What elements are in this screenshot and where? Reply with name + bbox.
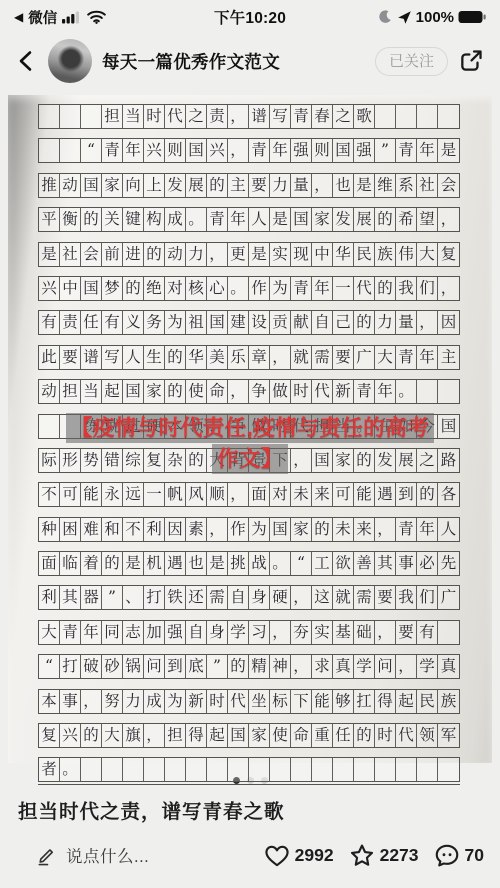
essay-cell: 时 <box>291 380 312 403</box>
essay-cell: 作 <box>228 518 249 541</box>
essay-cell: 是 <box>123 552 144 575</box>
essay-cell: 是 <box>354 174 375 197</box>
essay-cell: ， <box>438 277 459 300</box>
essay-cell: 求 <box>312 655 333 678</box>
essay-cell: 因 <box>438 311 459 334</box>
essay-cell: 则 <box>312 139 333 162</box>
essay-cell: 则 <box>165 139 186 162</box>
essay-cell: 梦 <box>102 277 123 300</box>
essay-cell: 大 <box>375 346 396 369</box>
essay-cell: 大 <box>102 724 123 747</box>
essay-cell: 务 <box>144 311 165 334</box>
essay-cell: 的 <box>81 724 102 747</box>
essay-cell: 下 <box>291 690 312 713</box>
essay-cell: 加 <box>144 621 165 644</box>
essay-cell: 军 <box>438 724 459 747</box>
essay-cell: 的 <box>312 518 333 541</box>
essay-cell: 美 <box>207 346 228 369</box>
essay-cell: 铁 <box>165 586 186 609</box>
essay-cell: 希 <box>396 208 417 231</box>
essay-cell: ， <box>228 380 249 403</box>
essay-cell: 代 <box>354 277 375 300</box>
essay-cell: 利 <box>39 586 60 609</box>
essay-cell: 的 <box>375 208 396 231</box>
follow-button[interactable]: 已关注 <box>375 47 448 76</box>
essay-cell: “ <box>291 552 312 575</box>
header: 每天一篇优秀作文范文 已关注 <box>0 32 500 90</box>
essay-cell: 广 <box>354 346 375 369</box>
essay-cell: 自 <box>312 311 333 334</box>
caption-line-wrap: 【疫情与时代责任,疫情与责任的高考作文】 <box>59 413 441 475</box>
essay-cell: 的 <box>123 277 144 300</box>
essay-cell: 的 <box>354 724 375 747</box>
essay-row: 本事，努力成为新时代坐标下能够扛得起民族 <box>38 689 460 714</box>
essay-cell: 成 <box>144 690 165 713</box>
essay-cell: 前 <box>102 243 123 266</box>
essay-cell: 家 <box>312 208 333 231</box>
essay-cell: “ <box>39 655 60 678</box>
essay-cell: 献 <box>291 311 312 334</box>
clock: 下午10:20 <box>214 6 286 28</box>
post-title: 担当时代之责，谱写青春之歌 <box>0 787 500 824</box>
essay-cell: 们 <box>417 277 438 300</box>
essay-cell: 展 <box>186 174 207 197</box>
essay-cell: 为 <box>165 311 186 334</box>
essay-cell: 事 <box>396 552 417 575</box>
essay-cell: 心 <box>207 277 228 300</box>
essay-cell: 问 <box>375 655 396 678</box>
essay-cell: 是 <box>207 552 228 575</box>
essay-cell: 就 <box>333 586 354 609</box>
essay-cell: 也 <box>186 552 207 575</box>
essay-cell: ， <box>144 724 165 747</box>
essay-cell: 担 <box>102 105 123 128</box>
essay-cell: 。 <box>396 380 417 403</box>
essay-cell: 力 <box>270 174 291 197</box>
essay-cell <box>438 621 459 644</box>
essay-cell: 国 <box>207 311 228 334</box>
essay-cell <box>396 758 417 781</box>
essay-cell: 代 <box>228 690 249 713</box>
essay-cell: 担 <box>60 380 81 403</box>
essay-cell: 键 <box>123 208 144 231</box>
essay-cell: 工 <box>312 552 333 575</box>
comment-input[interactable]: 说点什么... <box>36 843 249 867</box>
essay-cell: 真 <box>438 655 459 678</box>
essay-cell: ” <box>207 655 228 678</box>
essay-cell: ， <box>228 105 249 128</box>
essay-cell: 力 <box>186 243 207 266</box>
essay-cell: 要 <box>375 586 396 609</box>
comment-bubble-icon <box>433 842 461 869</box>
essay-cell: 对 <box>270 483 291 506</box>
essay-cell <box>438 758 459 781</box>
essay-cell <box>396 105 417 128</box>
essay-cell <box>354 758 375 781</box>
essay-cell: 动 <box>165 243 186 266</box>
essay-cell: 有 <box>102 311 123 334</box>
essay-cell: 遇 <box>165 552 186 575</box>
essay-cell: “ <box>81 139 102 162</box>
essay-cell: 时 <box>144 105 165 128</box>
essay-cell: 使 <box>186 380 207 403</box>
essay-cell <box>81 105 102 128</box>
essay-cell: 重 <box>312 724 333 747</box>
back-button[interactable] <box>16 50 38 72</box>
essay-cell: 努 <box>102 690 123 713</box>
essay-cell: 着 <box>81 552 102 575</box>
essay-cell: 年 <box>312 277 333 300</box>
essay-cell: 兴 <box>60 724 81 747</box>
essay-cell: 扛 <box>354 690 375 713</box>
essay-cell <box>312 758 333 781</box>
essay-cell: 帆 <box>165 483 186 506</box>
essay-cell: ， <box>207 518 228 541</box>
essay-cell: 争 <box>249 380 270 403</box>
essay-cell: 代 <box>312 380 333 403</box>
essay-cell: 者 <box>39 758 60 781</box>
essay-row: 兴中国梦的绝对核心。作为青年一代的我们， <box>38 276 460 301</box>
essay-cell: 义 <box>123 311 144 334</box>
heart-icon <box>263 842 291 869</box>
essay-cell <box>270 758 291 781</box>
essay-cell: 构 <box>144 208 165 231</box>
essay-cell: ， <box>207 243 228 266</box>
essay-cell: 欲 <box>333 552 354 575</box>
essay-cell: 一 <box>144 483 165 506</box>
essay-cell: 不 <box>123 518 144 541</box>
action-bar: 说点什么... 2992 2273 70 <box>0 830 500 888</box>
essay-row: 不可能永远一帆风顺，面对未来可能遇到的各 <box>38 482 460 507</box>
essay-cell <box>438 105 459 128</box>
essay-cell: 族 <box>375 243 396 266</box>
essay-cell: 。 <box>270 552 291 575</box>
essay-cell: 事 <box>60 690 81 713</box>
essay-cell <box>333 758 354 781</box>
essay-cell: 量 <box>291 174 312 197</box>
essay-cell <box>291 758 312 781</box>
wifi-icon <box>87 10 106 24</box>
essay-cell: 春 <box>312 105 333 128</box>
essay-row: 推动国家向上发展的主要力量，也是维系社会 <box>38 173 460 198</box>
status-right: 100% <box>286 9 486 26</box>
essay-cell: 够 <box>333 690 354 713</box>
essay-cell: 年 <box>123 139 144 162</box>
essay-cell: 锅 <box>123 655 144 678</box>
essay-cell: 是 <box>249 243 270 266</box>
essay-cell: ， <box>375 621 396 644</box>
essay-cell: 国 <box>291 208 312 231</box>
essay-cell <box>417 380 438 403</box>
essay-cell: 主 <box>228 174 249 197</box>
essay-cell: 责 <box>60 311 81 334</box>
essay-cell: 进 <box>123 243 144 266</box>
essay-cell: 动 <box>60 174 81 197</box>
essay-cell: 责 <box>207 105 228 128</box>
share-button[interactable] <box>458 48 484 74</box>
essay-cell: 的 <box>354 311 375 334</box>
essay-cell: 战 <box>249 552 270 575</box>
essay-cell <box>186 758 207 781</box>
essay-cell: 器 <box>81 586 102 609</box>
essay-cell: 的 <box>165 380 186 403</box>
essay-cell: 关 <box>102 208 123 231</box>
essay-cell: 需 <box>207 586 228 609</box>
essay-row: 利其器”、打铁还需自身硬，这就需要我们广 <box>38 585 460 610</box>
like-count: 2992 <box>295 845 334 866</box>
essay-cell: 。 <box>186 208 207 231</box>
essay-cell: 国 <box>333 139 354 162</box>
essay-cell <box>375 105 396 128</box>
essay-cell: 任 <box>81 311 102 334</box>
essay-cell: 学 <box>228 621 249 644</box>
essay-cell: 人 <box>249 208 270 231</box>
essay-cell: 展 <box>354 208 375 231</box>
essay-cell: 到 <box>165 655 186 678</box>
essay-row: 有责任有义务为祖国建设贡献自己的力量，因 <box>38 310 460 335</box>
essay-row: 此要谱写人生的华美乐章，就需要广大青年主 <box>38 345 460 370</box>
essay-cell: 问 <box>144 655 165 678</box>
essay-cell: 来 <box>312 483 333 506</box>
essay-cell: 和 <box>102 518 123 541</box>
essay-cell: ， <box>270 346 291 369</box>
essay-cell: 当 <box>81 380 102 403</box>
essay-cell: 国 <box>81 277 102 300</box>
essay-cell: 的 <box>165 346 186 369</box>
essay-cell: 有 <box>417 621 438 644</box>
essay-cell: 家 <box>249 724 270 747</box>
essay-cell: 青 <box>291 105 312 128</box>
essay-cell: ， <box>270 621 291 644</box>
essay-cell: 成 <box>165 208 186 231</box>
essay-cell: 年 <box>375 380 396 403</box>
essay-cell: 临 <box>60 552 81 575</box>
comment-count: 70 <box>465 845 484 866</box>
essay-cell: 兴 <box>39 277 60 300</box>
essay-cell: 能 <box>354 483 375 506</box>
essay-cell: 年 <box>417 139 438 162</box>
essay-cell: 能 <box>312 690 333 713</box>
like-button[interactable]: 2992 <box>263 842 334 869</box>
battery-icon <box>458 10 486 24</box>
essay-row: 平衡的关键构成。青年人是国家发展的希望， <box>38 207 460 232</box>
caption-overlay: 【疫情与时代责任,疫情与责任的高考作文】 <box>8 413 492 475</box>
status-bar: ◀ 微信 下午10:20 100% <box>0 0 500 32</box>
essay-cell: 年 <box>228 208 249 231</box>
essay-cell: 到 <box>396 483 417 506</box>
moon-icon <box>377 9 393 25</box>
essay-cell: 年 <box>417 518 438 541</box>
essay-cell: 善 <box>354 552 375 575</box>
essay-cell: 基 <box>333 621 354 644</box>
essay-cell: 起 <box>102 380 123 403</box>
essay-cell: ， <box>438 208 459 231</box>
comment-placeholder: 说点什么... <box>66 843 149 867</box>
essay-cell: 兴 <box>144 139 165 162</box>
avatar[interactable] <box>48 39 92 83</box>
essay-cell: 强 <box>165 621 186 644</box>
essay-cell: 的 <box>228 655 249 678</box>
essay-cell: 自 <box>186 621 207 644</box>
essay-cell: 维 <box>375 174 396 197</box>
essay-cell: 还 <box>186 586 207 609</box>
essay-cell: 因 <box>165 518 186 541</box>
comment-button[interactable]: 70 <box>433 842 484 869</box>
essay-cell: 的 <box>102 552 123 575</box>
essay-cell: 础 <box>354 621 375 644</box>
collect-count: 2273 <box>380 845 419 866</box>
essay-cell: 自 <box>228 586 249 609</box>
essay-cell: 现 <box>291 243 312 266</box>
essay-cell: 同 <box>102 621 123 644</box>
essay-cell: 。 <box>228 277 249 300</box>
essay-cell: 贡 <box>270 311 291 334</box>
essay-cell: 身 <box>249 586 270 609</box>
essay-cell: 得 <box>375 690 396 713</box>
essay-cell: 可 <box>60 483 81 506</box>
essay-cell: ” <box>102 586 123 609</box>
essay-cell: 广 <box>438 586 459 609</box>
essay-cell: 硬 <box>270 586 291 609</box>
essay-cell <box>375 758 396 781</box>
essay-cell: 时 <box>375 724 396 747</box>
essay-cell: 国 <box>186 139 207 162</box>
essay-cell: 习 <box>249 621 270 644</box>
essay-cell: 更 <box>228 243 249 266</box>
essay-cell: 祖 <box>186 311 207 334</box>
essay-cell: 难 <box>81 518 102 541</box>
carrier-label: 微信 <box>28 7 57 28</box>
essay-cell <box>438 380 459 403</box>
essay-cell: 起 <box>396 690 417 713</box>
essay-row: 动担当起国家的使命，争做时代新青年。 <box>38 379 460 404</box>
essay-row: 大青年同志加强自身学习，夯实基础，要有 <box>38 620 460 645</box>
essay-cell: 精 <box>249 655 270 678</box>
essay-cell: ， <box>417 311 438 334</box>
chevron-left-icon <box>16 50 36 72</box>
collect-button[interactable]: 2273 <box>348 842 419 869</box>
essay-cell: 永 <box>102 483 123 506</box>
essay-cell: 中 <box>312 243 333 266</box>
essay-cell: 必 <box>417 552 438 575</box>
essay-cell: 学 <box>354 655 375 678</box>
essay-cell: 是 <box>39 243 60 266</box>
essay-cell <box>39 139 60 162</box>
essay-cell: 发 <box>165 174 186 197</box>
account-name[interactable]: 每天一篇优秀作文范文 <box>102 49 280 74</box>
essay-cell: 的 <box>417 483 438 506</box>
essay-cell: 年 <box>270 139 291 162</box>
essay-cell: 民 <box>354 243 375 266</box>
essay-cell: ， <box>291 586 312 609</box>
essay-cell: 核 <box>186 277 207 300</box>
location-arrow-icon <box>397 10 412 25</box>
essay-cell: 青 <box>291 277 312 300</box>
essay-cell: 青 <box>396 518 417 541</box>
essay-cell: 破 <box>81 655 102 678</box>
essay-cell: 生 <box>144 346 165 369</box>
essay-cell: 之 <box>333 105 354 128</box>
essay-cell: 需 <box>354 586 375 609</box>
essay-cell: 远 <box>123 483 144 506</box>
essay-cell: 新 <box>333 380 354 403</box>
essay-cell: 歌 <box>354 105 375 128</box>
essay-cell: 命 <box>291 724 312 747</box>
essay-cell: 发 <box>333 208 354 231</box>
essay-cell: ， <box>81 690 102 713</box>
essay-row: “打破砂锅问到底”的精神，求真学问，学真 <box>38 654 460 679</box>
essay-cell: 来 <box>354 518 375 541</box>
essay-row: 种困难和不利因素，作为国家的未来，青年人 <box>38 517 460 542</box>
essay-cell: 志 <box>123 621 144 644</box>
essay-cell: 族 <box>438 690 459 713</box>
star-icon <box>348 842 376 869</box>
essay-cell: 对 <box>165 277 186 300</box>
caption-text: 【疫情与时代责任,疫情与责任的高考作文】 <box>66 413 434 474</box>
app-screen: ◀ 微信 下午10:20 100% <box>0 0 500 888</box>
essay-cell: 、 <box>123 586 144 609</box>
essay-cell: 强 <box>291 139 312 162</box>
essay-cell: 年 <box>417 346 438 369</box>
essay-cell <box>123 758 144 781</box>
essay-cell: 平 <box>39 208 60 231</box>
essay-cell: 家 <box>144 380 165 403</box>
essay-row: 是社会前进的动力，更是实现中华民族伟大复 <box>38 242 460 267</box>
essay-cell: 未 <box>333 518 354 541</box>
essay-cell: 国 <box>81 174 102 197</box>
essay-cell: 种 <box>39 518 60 541</box>
essay-cell: 华 <box>186 346 207 369</box>
essay-cell: ， <box>312 174 333 197</box>
essay-cell: 己 <box>333 311 354 334</box>
essay-cell: 之 <box>186 105 207 128</box>
essay-cell: 顺 <box>207 483 228 506</box>
essay-cell: 华 <box>333 243 354 266</box>
image-carousel[interactable]: 担当时代之责，谱写青春之歌“青年兴则国兴，青年强则国强”青年是推动国家向上发展的… <box>8 95 492 763</box>
essay-cell: ” <box>375 139 396 162</box>
essay-cell: 此 <box>39 346 60 369</box>
essay-cell: 这 <box>312 586 333 609</box>
essay-cell: 复 <box>438 243 459 266</box>
essay-cell: 代 <box>165 105 186 128</box>
status-left: ◀ 微信 <box>14 7 214 28</box>
essay-cell: 要 <box>396 621 417 644</box>
essay-cell: 任 <box>333 724 354 747</box>
back-to-app-icon[interactable]: ◀ <box>14 11 23 23</box>
essay-cell: 本 <box>39 690 60 713</box>
essay-cell: 就 <box>291 346 312 369</box>
essay-cell: 底 <box>186 655 207 678</box>
essay-cell: 其 <box>375 552 396 575</box>
essay-cell: 的 <box>144 243 165 266</box>
essay-cell: 打 <box>60 655 81 678</box>
essay-cell: ， <box>375 518 396 541</box>
essay-cell: 人 <box>438 518 459 541</box>
essay-cell: 青 <box>60 621 81 644</box>
essay-cell: 先 <box>438 552 459 575</box>
essay-cell: 砂 <box>102 655 123 678</box>
essay-cell <box>417 758 438 781</box>
essay-cell: 时 <box>207 690 228 713</box>
essay-cell: 望 <box>417 208 438 231</box>
cellular-signal-icon <box>62 11 82 24</box>
essay-cell: ， <box>228 483 249 506</box>
essay-cell: 大 <box>39 621 60 644</box>
essay-cell: 上 <box>144 174 165 197</box>
essay-cell: 身 <box>207 621 228 644</box>
essay-cell: 。 <box>60 758 81 781</box>
essay-cell: 起 <box>207 724 228 747</box>
